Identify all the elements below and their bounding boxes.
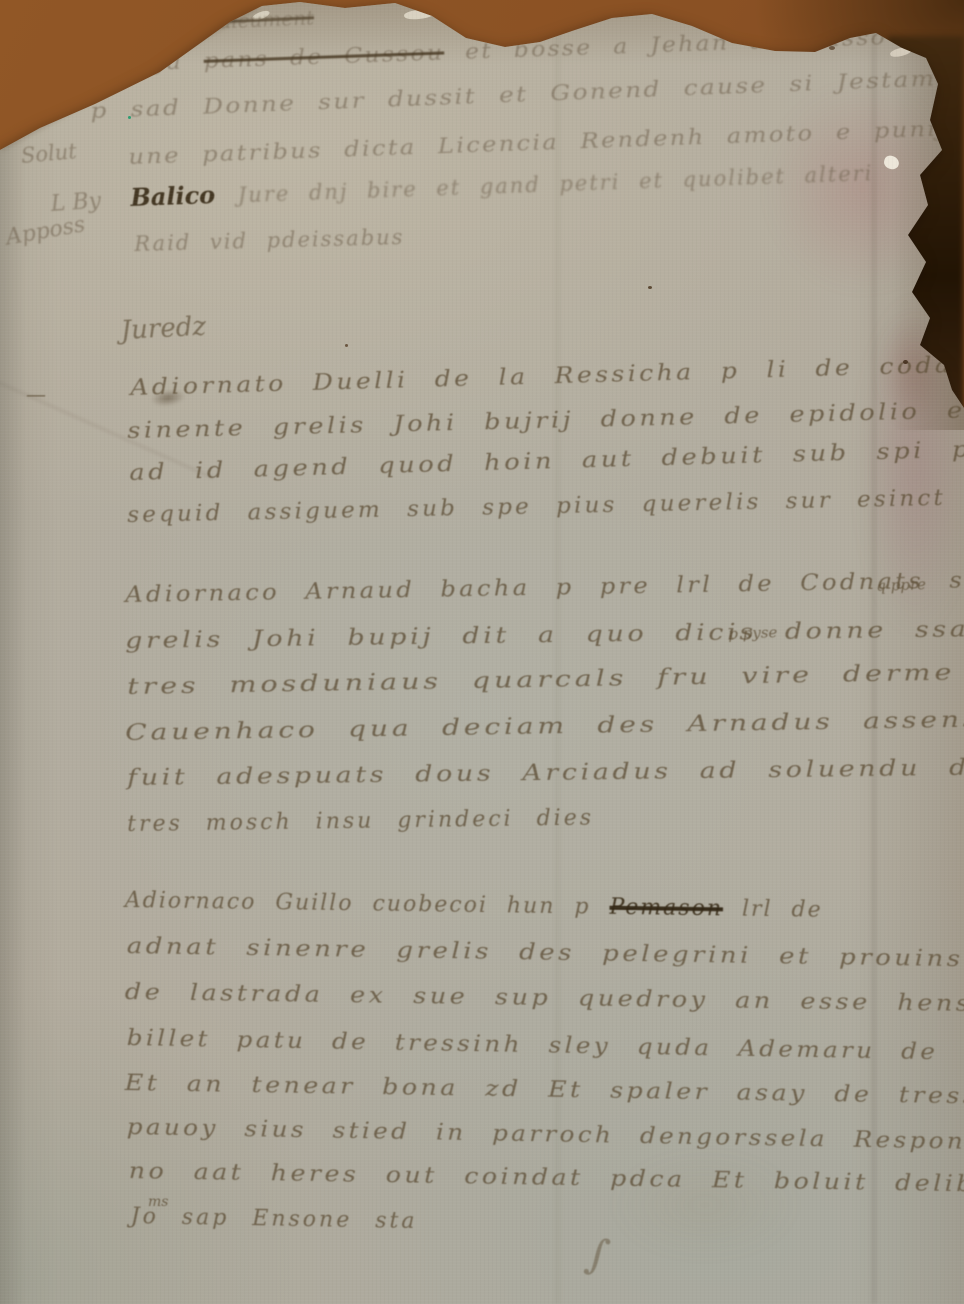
manuscript-photo: guieument uo p ga pans de Cussou et boss… (0, 0, 964, 1304)
parchment-paper: guieument uo p ga pans de Cussou et boss… (0, 0, 964, 1304)
paper-wrap: guieument uo p ga pans de Cussou et boss… (0, 0, 964, 1304)
vignette-shading (0, 0, 964, 1304)
